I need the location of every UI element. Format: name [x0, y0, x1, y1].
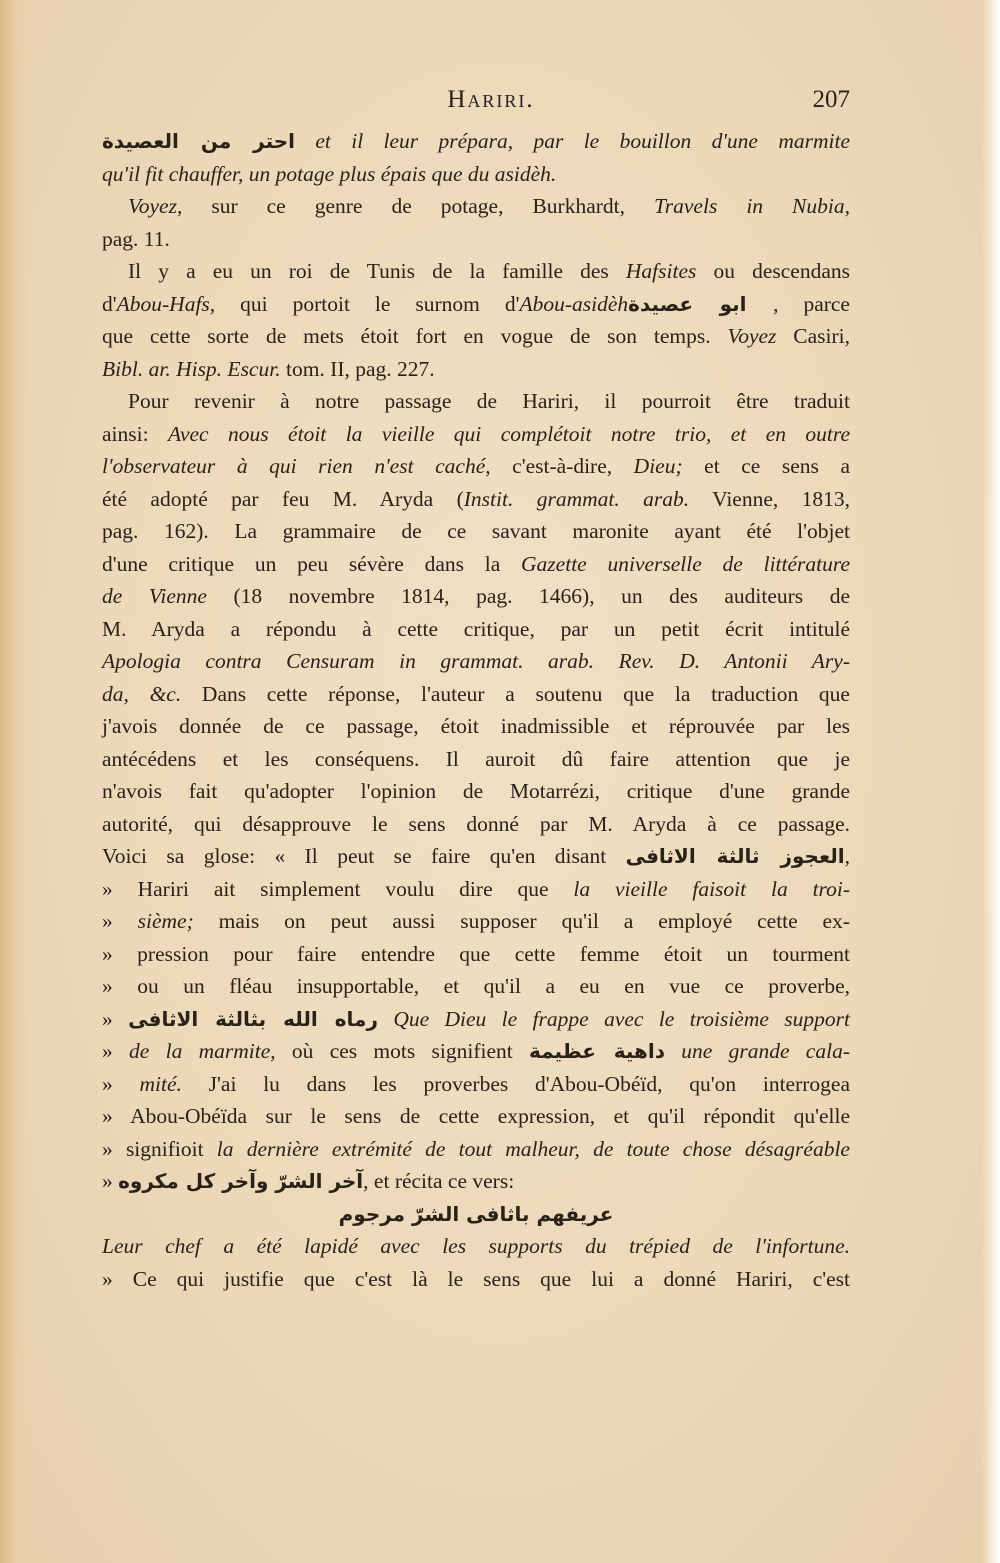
- roman-text: , parce: [773, 292, 850, 316]
- roman-text: , sur ce genre de potage, Burkhardt,: [177, 194, 654, 218]
- italic-text: Bibl. ar. Hisp. Escur.: [102, 357, 281, 381]
- arabic-text: عريفهم باثافى الشرّ مرجوم: [339, 1202, 614, 1226]
- roman-text: » signifioit: [102, 1137, 217, 1161]
- roman-text: [378, 1007, 393, 1031]
- arabic-text: العجوز ثالثة الاثافى: [626, 844, 845, 868]
- paragraph-p4: Pour revenir à notre passage de Hariri, …: [102, 385, 850, 1198]
- text-line: l'observateur à qui rien n'est caché, c'…: [102, 450, 850, 483]
- italic-text: Gazette universelle de littérature: [521, 552, 850, 576]
- roman-text: , c'est-à-dire,: [485, 454, 633, 478]
- text-line: que cette sorte de mets étoit fort en vo…: [102, 320, 850, 353]
- paragraph-p2: Voyez, sur ce genre de potage, Burkhardt…: [102, 190, 850, 255]
- roman-text: »: [102, 1007, 128, 1031]
- text-line: Pour revenir à notre passage de Hariri, …: [102, 385, 850, 418]
- text-line: » Hariri ait simplement voulu dire que l…: [102, 873, 850, 906]
- roman-text: , qui portoit le surnom d': [210, 292, 520, 316]
- roman-text: et ce sens a: [683, 454, 850, 478]
- roman-text: , où ces mots signifient: [270, 1039, 529, 1063]
- text-line: ainsi: Avec nous étoit la vieille qui co…: [102, 418, 850, 451]
- roman-text: été adopté par feu M. Aryda (: [102, 487, 464, 511]
- text-line: » de la marmite, où ces mots signifient …: [102, 1035, 850, 1068]
- roman-text: »: [102, 1169, 118, 1193]
- italic-text: la vieille faisoit la troi-: [573, 877, 850, 901]
- roman-text: d'une critique un peu sévère dans la: [102, 552, 521, 576]
- text-line: pag. 11.: [102, 223, 850, 256]
- roman-text: ,: [845, 844, 850, 868]
- italic-text: Leur chef a été lapidé avec les supports…: [102, 1234, 850, 1258]
- roman-text: Pour revenir à notre passage de Hariri, …: [128, 389, 850, 413]
- running-head: Hariri. 207: [102, 86, 850, 126]
- italic-text: Hafsites: [626, 259, 696, 283]
- roman-text: »: [102, 1039, 129, 1063]
- roman-text: d': [102, 292, 117, 316]
- italic-text: Voyez: [128, 194, 177, 218]
- text-line: » Abou-Obéïda sur le sens de cette expre…: [102, 1100, 850, 1133]
- text-line: » pression pour faire entendre que cette…: [102, 938, 850, 971]
- text-line: n'avois fait qu'adopter l'opinion de Mot…: [102, 775, 850, 808]
- italic-text: l'observateur à qui rien n'est caché: [102, 454, 485, 478]
- italic-text: une grande cala-: [681, 1039, 850, 1063]
- text-line: Il y a eu un roi de Tunis de la famille …: [102, 255, 850, 288]
- arabic-text: احتر من العصيدة: [102, 129, 295, 153]
- text-line: été adopté par feu M. Aryda (Instit. gra…: [102, 483, 850, 516]
- text-line: » ou un fléau insupportable, et qu'il a …: [102, 970, 850, 1003]
- arabic-text: ابو عصيدة: [628, 292, 773, 316]
- page-number: 207: [813, 86, 851, 114]
- paragraph-p3: Il y a eu un roi de Tunis de la famille …: [102, 255, 850, 385]
- text-line: antécédens et les conséquens. Il auroit …: [102, 743, 850, 776]
- text-line: d'Abou-Hafs, qui portoit le surnom d'Abo…: [102, 288, 850, 321]
- roman-text: mais on peut aussi supposer qu'il a empl…: [194, 909, 850, 933]
- text-line: » mité. J'ai lu dans les proverbes d'Abo…: [102, 1068, 850, 1101]
- italic-text: de la marmite: [129, 1039, 270, 1063]
- roman-text: Il y a eu un roi de Tunis de la famille …: [128, 259, 626, 283]
- text-line: j'avois donnée de ce passage, étoit inad…: [102, 710, 850, 743]
- roman-text: » Hariri ait simplement voulu dire que: [102, 877, 573, 901]
- italic-text: qu'il fit chauffer, un potage plus épais…: [102, 162, 556, 186]
- italic-text: Apologia contra Censuram in grammat. ara…: [102, 649, 850, 673]
- roman-text: n'avois fait qu'adopter l'opinion de Mot…: [102, 779, 850, 803]
- roman-text: [665, 1039, 681, 1063]
- paragraph-verse: عريفهم باثافى الشرّ مرجوم: [102, 1198, 850, 1231]
- roman-text: ,: [845, 194, 850, 218]
- roman-text: pag. 162). La grammaire de ce savant mar…: [102, 519, 850, 543]
- roman-text: Voici sa glose: « Il peut se faire qu'en…: [102, 844, 626, 868]
- roman-text: ainsi:: [102, 422, 168, 446]
- text-line: » آخر الشرّ وآخر كل مكروه, et récita ce …: [102, 1165, 850, 1198]
- text-line: احتر من العصيدة et il leur prépara, par …: [102, 125, 850, 158]
- roman-text: J'ai lu dans les proverbes d'Abou-Obéïd,…: [182, 1072, 850, 1096]
- italic-text: Dieu;: [634, 454, 683, 478]
- body-text: احتر من العصيدة et il leur prépara, par …: [102, 125, 850, 1295]
- text-line: autorité, qui désapprouve le sens donné …: [102, 808, 850, 841]
- arabic-text: داهية عظيمة: [529, 1039, 665, 1063]
- roman-text: » ou un fléau insupportable, et qu'il a …: [102, 974, 850, 998]
- text-line: عريفهم باثافى الشرّ مرجوم: [102, 1198, 850, 1231]
- text-line: » signifioit la dernière extrémité de to…: [102, 1133, 850, 1166]
- italic-text: da, &c.: [102, 682, 181, 706]
- text-line: » رماه الله بثالثة الاثافى Que Dieu le f…: [102, 1003, 850, 1036]
- paragraph-p5: Leur chef a été lapidé avec les supports…: [102, 1230, 850, 1295]
- italic-text: sième;: [138, 909, 194, 933]
- roman-text: ou descendans: [696, 259, 850, 283]
- roman-text: » pression pour faire entendre que cette…: [102, 942, 850, 966]
- roman-text: , et récita ce vers:: [363, 1169, 514, 1193]
- roman-text: (18 novembre 1814, pag. 1466), un des au…: [207, 584, 850, 608]
- roman-text: j'avois donnée de ce passage, étoit inad…: [102, 714, 850, 738]
- roman-text: pag. 11.: [102, 227, 170, 251]
- italic-text: et il leur prépara, par le bouillon d'un…: [295, 129, 850, 153]
- text-line: » sième; mais on peut aussi supposer qu'…: [102, 905, 850, 938]
- text-line: Voici sa glose: « Il peut se faire qu'en…: [102, 840, 850, 873]
- arabic-text: آخر الشرّ وآخر كل مكروه: [118, 1169, 363, 1193]
- italic-text: Voyez: [727, 324, 776, 348]
- italic-text: Que Dieu le frappe avec le troisième sup…: [393, 1007, 850, 1031]
- roman-text: Casiri,: [776, 324, 850, 348]
- italic-text: Instit. grammat. arab.: [464, 487, 689, 511]
- italic-text: Travels in Nubia: [654, 194, 845, 218]
- roman-text: Vienne, 1813,: [689, 487, 850, 511]
- text-line: » Ce qui justifie que c'est là le sens q…: [102, 1263, 850, 1296]
- italic-text: Abou-asidèh: [519, 292, 628, 316]
- book-page: Hariri. 207 احتر من العصيدة et il leur p…: [0, 0, 1000, 1563]
- roman-text: que cette sorte de mets étoit fort en vo…: [102, 324, 727, 348]
- italic-text: Avec nous étoit la vieille qui complétoi…: [168, 422, 850, 446]
- italic-text: la dernière extrémité de tout malheur, d…: [217, 1137, 850, 1161]
- paragraph-p1: احتر من العصيدة et il leur prépara, par …: [102, 125, 850, 190]
- text-line: de Vienne (18 novembre 1814, pag. 1466),…: [102, 580, 850, 613]
- roman-text: »: [102, 1072, 140, 1096]
- text-line: d'une critique un peu sévère dans la Gaz…: [102, 548, 850, 581]
- roman-text: Dans cette réponse, l'auteur a soutenu q…: [181, 682, 850, 706]
- text-line: Leur chef a été lapidé avec les supports…: [102, 1230, 850, 1263]
- text-line: pag. 162). La grammaire de ce savant mar…: [102, 515, 850, 548]
- roman-text: M. Aryda a répondu à cette critique, par…: [102, 617, 850, 641]
- roman-text: antécédens et les conséquens. Il auroit …: [102, 747, 850, 771]
- running-title: Hariri.: [102, 86, 850, 114]
- text-line: Voyez, sur ce genre de potage, Burkhardt…: [102, 190, 850, 223]
- text-line: M. Aryda a répondu à cette critique, par…: [102, 613, 850, 646]
- roman-text: » Abou-Obéïda sur le sens de cette expre…: [102, 1104, 850, 1128]
- arabic-text: رماه الله بثالثة الاثافى: [128, 1007, 378, 1031]
- italic-text: de Vienne: [102, 584, 207, 608]
- italic-text: mité.: [140, 1072, 182, 1096]
- roman-text: autorité, qui désapprouve le sens donné …: [102, 812, 850, 836]
- roman-text: tom. II, pag. 227.: [281, 357, 435, 381]
- italic-text: Abou-Hafs: [117, 292, 210, 316]
- text-line: da, &c. Dans cette réponse, l'auteur a s…: [102, 678, 850, 711]
- text-line: qu'il fit chauffer, un potage plus épais…: [102, 158, 850, 191]
- roman-text: »: [102, 909, 138, 933]
- text-line: Apologia contra Censuram in grammat. ara…: [102, 645, 850, 678]
- text-line: Bibl. ar. Hisp. Escur. tom. II, pag. 227…: [102, 353, 850, 386]
- roman-text: » Ce qui justifie que c'est là le sens q…: [102, 1267, 850, 1291]
